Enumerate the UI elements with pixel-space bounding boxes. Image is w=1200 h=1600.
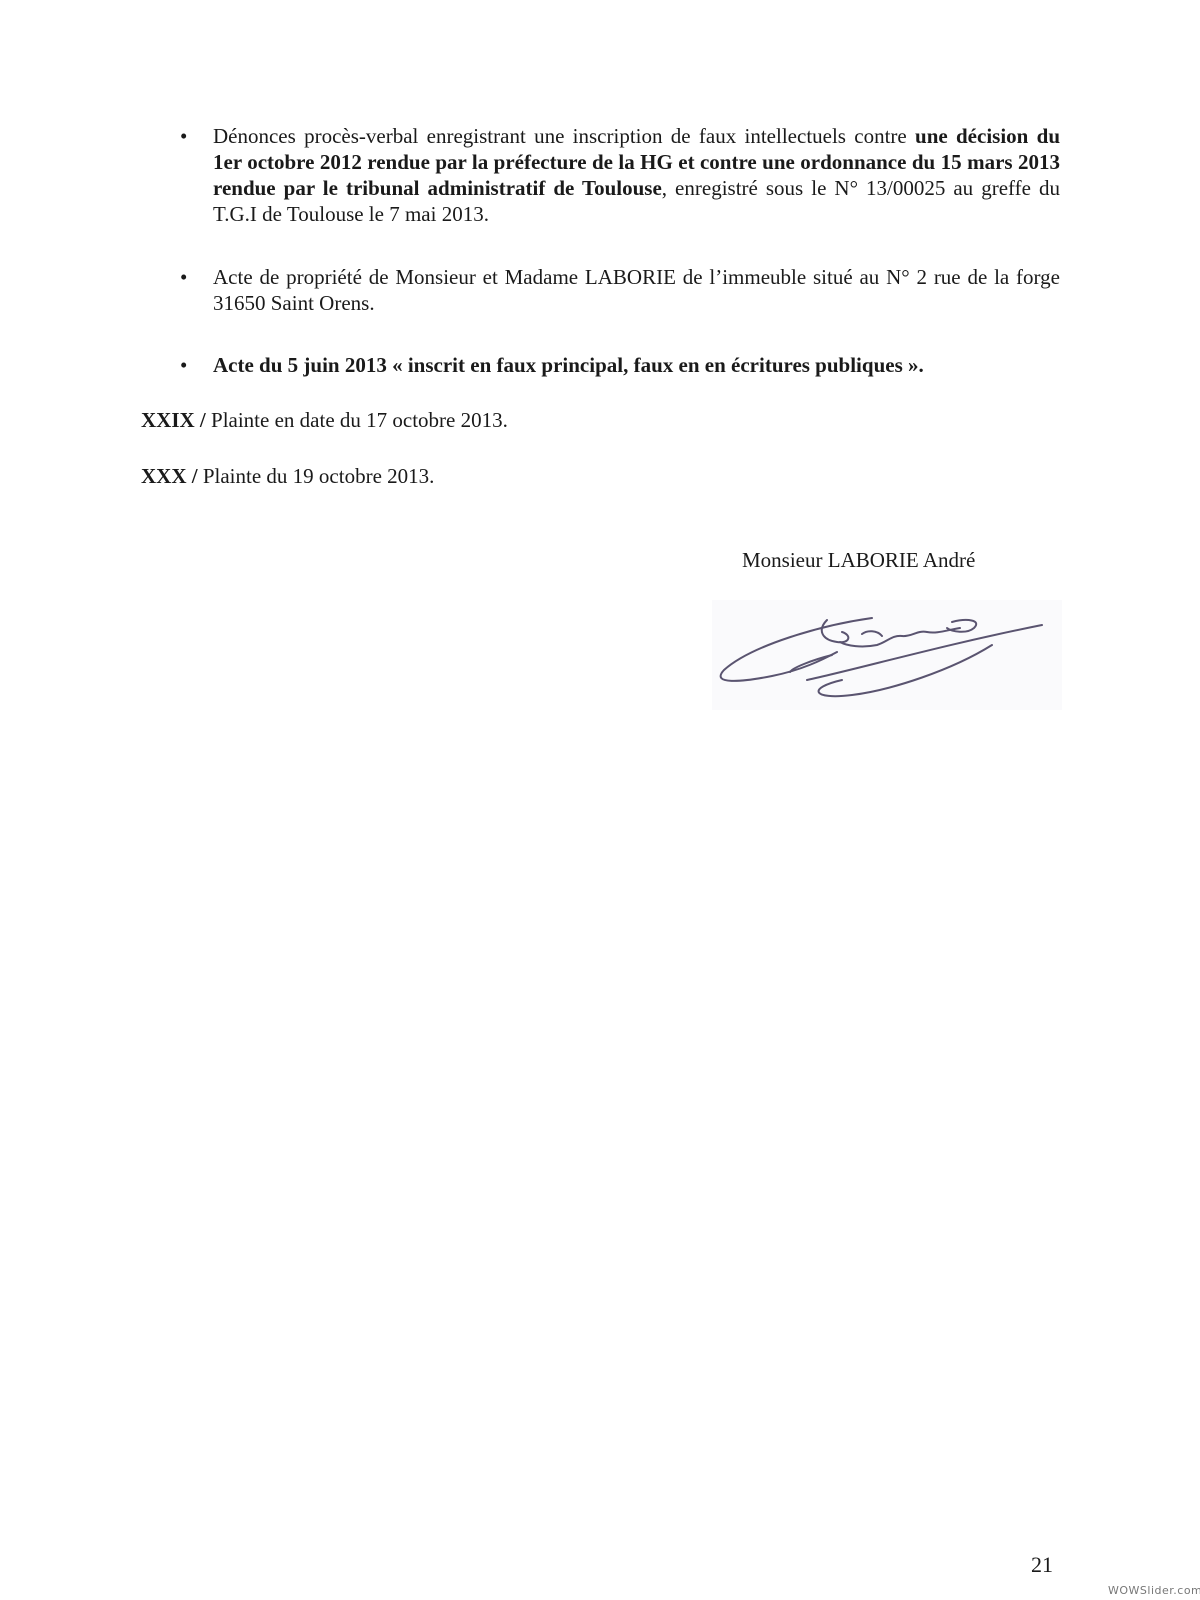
list-item: • Acte de propriété de Monsieur et Madam…	[180, 264, 1060, 316]
paragraph-numeral: XXIX /	[141, 408, 206, 432]
bullet-icon: •	[180, 264, 200, 290]
paragraph-numeral: XXX /	[141, 464, 198, 488]
bullet-icon: •	[180, 123, 200, 149]
list-item-text: Acte du 5 juin 2013 « inscrit en faux pr…	[213, 352, 1060, 378]
signature-image	[712, 600, 1062, 710]
text-segment: Dénonces procès-verbal enregistrant une …	[213, 124, 915, 148]
text-segment-bold: Acte du 5 juin 2013 « inscrit en faux pr…	[213, 353, 924, 377]
list-item-text: Dénonces procès-verbal enregistrant une …	[213, 123, 1060, 227]
list-item: • Dénonces procès-verbal enregistrant un…	[180, 123, 1060, 227]
signer-name: Monsieur LABORIE André	[742, 548, 975, 573]
paragraph-text: Plainte en date du 17 octobre 2013.	[206, 408, 508, 432]
paragraph-xxix: XXIX / Plainte en date du 17 octobre 201…	[141, 407, 508, 433]
text-segment: Acte de propriété de Monsieur et Madame …	[213, 265, 1060, 315]
watermark: WOWSlider.com	[1108, 1584, 1200, 1597]
list-item: • Acte du 5 juin 2013 « inscrit en faux …	[180, 352, 1060, 378]
paragraph-xxx: XXX / Plainte du 19 octobre 2013.	[141, 463, 434, 489]
paragraph-text: Plainte du 19 octobre 2013.	[198, 464, 435, 488]
list-item-text: Acte de propriété de Monsieur et Madame …	[213, 264, 1060, 316]
page-number: 21	[1031, 1552, 1053, 1578]
document-page: • Dénonces procès-verbal enregistrant un…	[0, 0, 1200, 1600]
bullet-icon: •	[180, 352, 200, 378]
